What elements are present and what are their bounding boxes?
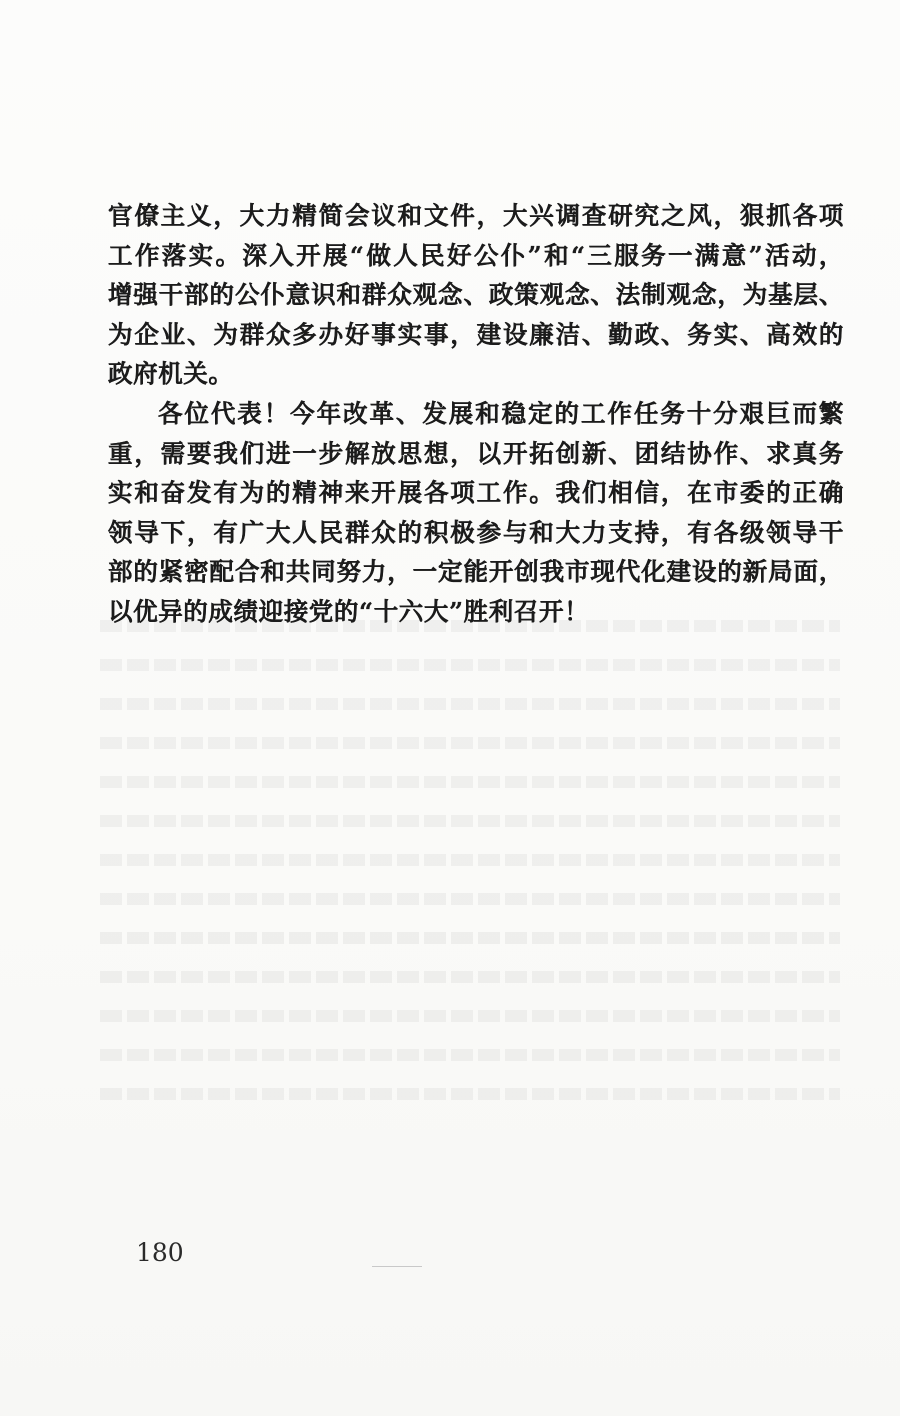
text-line: 政府机关。 (108, 354, 844, 394)
text-line: 官僚主义，大力精简会议和文件，大兴调查研究之风，狠抓各项 (108, 196, 844, 236)
body-text: 官僚主义，大力精简会议和文件，大兴调查研究之风，狠抓各项 工作落实。深入开展“做… (108, 196, 844, 632)
text-line: 部的紧密配合和共同努力，一定能开创我市现代化建设的新局面， (108, 552, 844, 592)
text-line: 重，需要我们进一步解放思想，以开拓创新、团结协作、求真务 (108, 434, 844, 474)
ghost-line (100, 854, 840, 866)
paragraph-1: 官僚主义，大力精简会议和文件，大兴调查研究之风，狠抓各项 工作落实。深入开展“做… (108, 196, 844, 394)
text-line: 工作落实。深入开展“做人民好公仆”和“三服务一满意”活动， (108, 236, 844, 276)
ghost-line (100, 1049, 840, 1061)
margin-mark (372, 1266, 422, 1267)
text-line: 领导下，有广大人民群众的积极参与和大力支持，有各级领导干 (108, 513, 844, 553)
paragraph-2: 各位代表！今年改革、发展和稳定的工作任务十分艰巨而繁 重，需要我们进一步解放思想… (108, 394, 844, 632)
ghost-line (100, 776, 840, 788)
book-page: 官僚主义，大力精简会议和文件，大兴调查研究之风，狠抓各项 工作落实。深入开展“做… (0, 0, 900, 1416)
ghost-line (100, 1088, 840, 1100)
text-line: 为企业、为群众多办好事实事，建设廉洁、勤政、务实、高效的 (108, 315, 844, 355)
page-number: 180 (136, 1238, 184, 1267)
ghost-line (100, 1010, 840, 1022)
ghost-line (100, 932, 840, 944)
show-through-text (100, 620, 840, 1220)
text-line: 以优异的成绩迎接党的“十六大”胜利召开！ (108, 592, 844, 632)
text-line: 实和奋发有为的精神来开展各项工作。我们相信，在市委的正确 (108, 473, 844, 513)
ghost-line (100, 971, 840, 983)
ghost-line (100, 659, 840, 671)
text-line: 增强干部的公仆意识和群众观念、政策观念、法制观念，为基层、 (108, 275, 844, 315)
ghost-line (100, 815, 840, 827)
ghost-line (100, 893, 840, 905)
ghost-line (100, 737, 840, 749)
ghost-line (100, 698, 840, 710)
text-line: 各位代表！今年改革、发展和稳定的工作任务十分艰巨而繁 (108, 394, 844, 434)
